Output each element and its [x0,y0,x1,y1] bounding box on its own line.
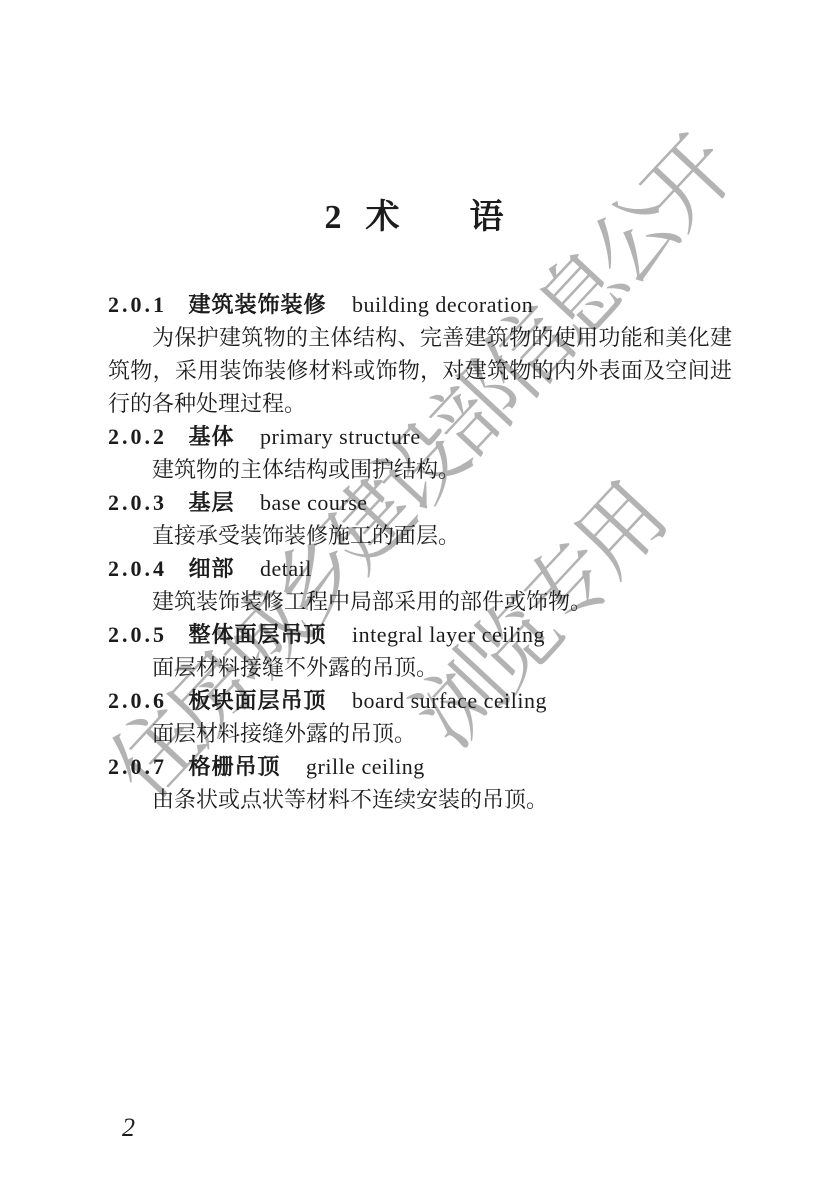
term-definition: 面层材料接缝不外露的吊顶。 [108,651,732,684]
chapter-title: 2 术 语 [0,197,828,239]
term-section: 2.0.1 建筑装饰装修 building decoration 为保护建筑物的… [108,288,732,420]
section-number: 2.0.1 [108,292,167,317]
term-definition: 面层材料接缝外露的吊顶。 [108,717,732,750]
term-en: building decoration [352,292,533,317]
term-zh: 板块面层吊顶 [189,688,327,713]
term-zh: 格栅吊顶 [189,754,281,779]
term-en: grille ceiling [306,754,425,779]
term-zh: 建筑装饰装修 [189,292,327,317]
section-heading: 2.0.5 整体面层吊顶 integral layer ceiling [108,618,732,651]
section-number: 2.0.6 [108,688,167,713]
term-en: detail [260,556,312,581]
term-definition: 建筑装饰装修工程中局部采用的部件或饰物。 [108,585,732,618]
term-zh: 细部 [189,556,235,581]
term-en: base course [260,490,368,515]
term-section: 2.0.6 板块面层吊顶 board surface ceiling 面层材料接… [108,684,732,750]
terminology-content: 2.0.1 建筑装饰装修 building decoration 为保护建筑物的… [108,288,732,816]
document-page: 住房城乡建设部信息公开 浏览专用 2 术 语 2.0.1 建筑装饰装修 buil… [0,0,828,1198]
term-definition: 由条状或点状等材料不连续安装的吊顶。 [108,783,732,816]
section-heading: 2.0.4 细部 detail [108,552,732,585]
term-section: 2.0.2 基体 primary structure 建筑物的主体结构或围护结构… [108,420,732,486]
section-heading: 2.0.2 基体 primary structure [108,420,732,453]
term-definition: 为保护建筑物的主体结构、完善建筑物的使用功能和美化建筑物，采用装饰装修材料或饰物… [108,321,732,420]
term-definition: 直接承受装饰装修施工的面层。 [108,519,732,552]
term-section: 2.0.4 细部 detail 建筑装饰装修工程中局部采用的部件或饰物。 [108,552,732,618]
section-number: 2.0.4 [108,556,167,581]
chapter-title-word-1: 术 [366,197,400,239]
term-section: 2.0.7 格栅吊顶 grille ceiling 由条状或点状等材料不连续安装… [108,750,732,816]
term-en: primary structure [260,424,421,449]
term-zh: 整体面层吊顶 [189,622,327,647]
section-heading: 2.0.3 基层 base course [108,486,732,519]
section-number: 2.0.3 [108,490,167,515]
page-number: 2 [122,1112,135,1144]
term-en: integral layer ceiling [352,622,545,647]
chapter-number: 2 [325,197,342,239]
term-zh: 基层 [189,490,235,515]
term-zh: 基体 [189,424,235,449]
section-number: 2.0.2 [108,424,167,449]
term-definition: 建筑物的主体结构或围护结构。 [108,453,732,486]
section-number: 2.0.7 [108,754,167,779]
section-heading: 2.0.1 建筑装饰装修 building decoration [108,288,732,321]
section-number: 2.0.5 [108,622,167,647]
term-en: board surface ceiling [352,688,547,713]
term-section: 2.0.5 整体面层吊顶 integral layer ceiling 面层材料… [108,618,732,684]
section-heading: 2.0.6 板块面层吊顶 board surface ceiling [108,684,732,717]
term-section: 2.0.3 基层 base course 直接承受装饰装修施工的面层。 [108,486,732,552]
section-heading: 2.0.7 格栅吊顶 grille ceiling [108,750,732,783]
chapter-title-word-2: 语 [470,197,504,239]
